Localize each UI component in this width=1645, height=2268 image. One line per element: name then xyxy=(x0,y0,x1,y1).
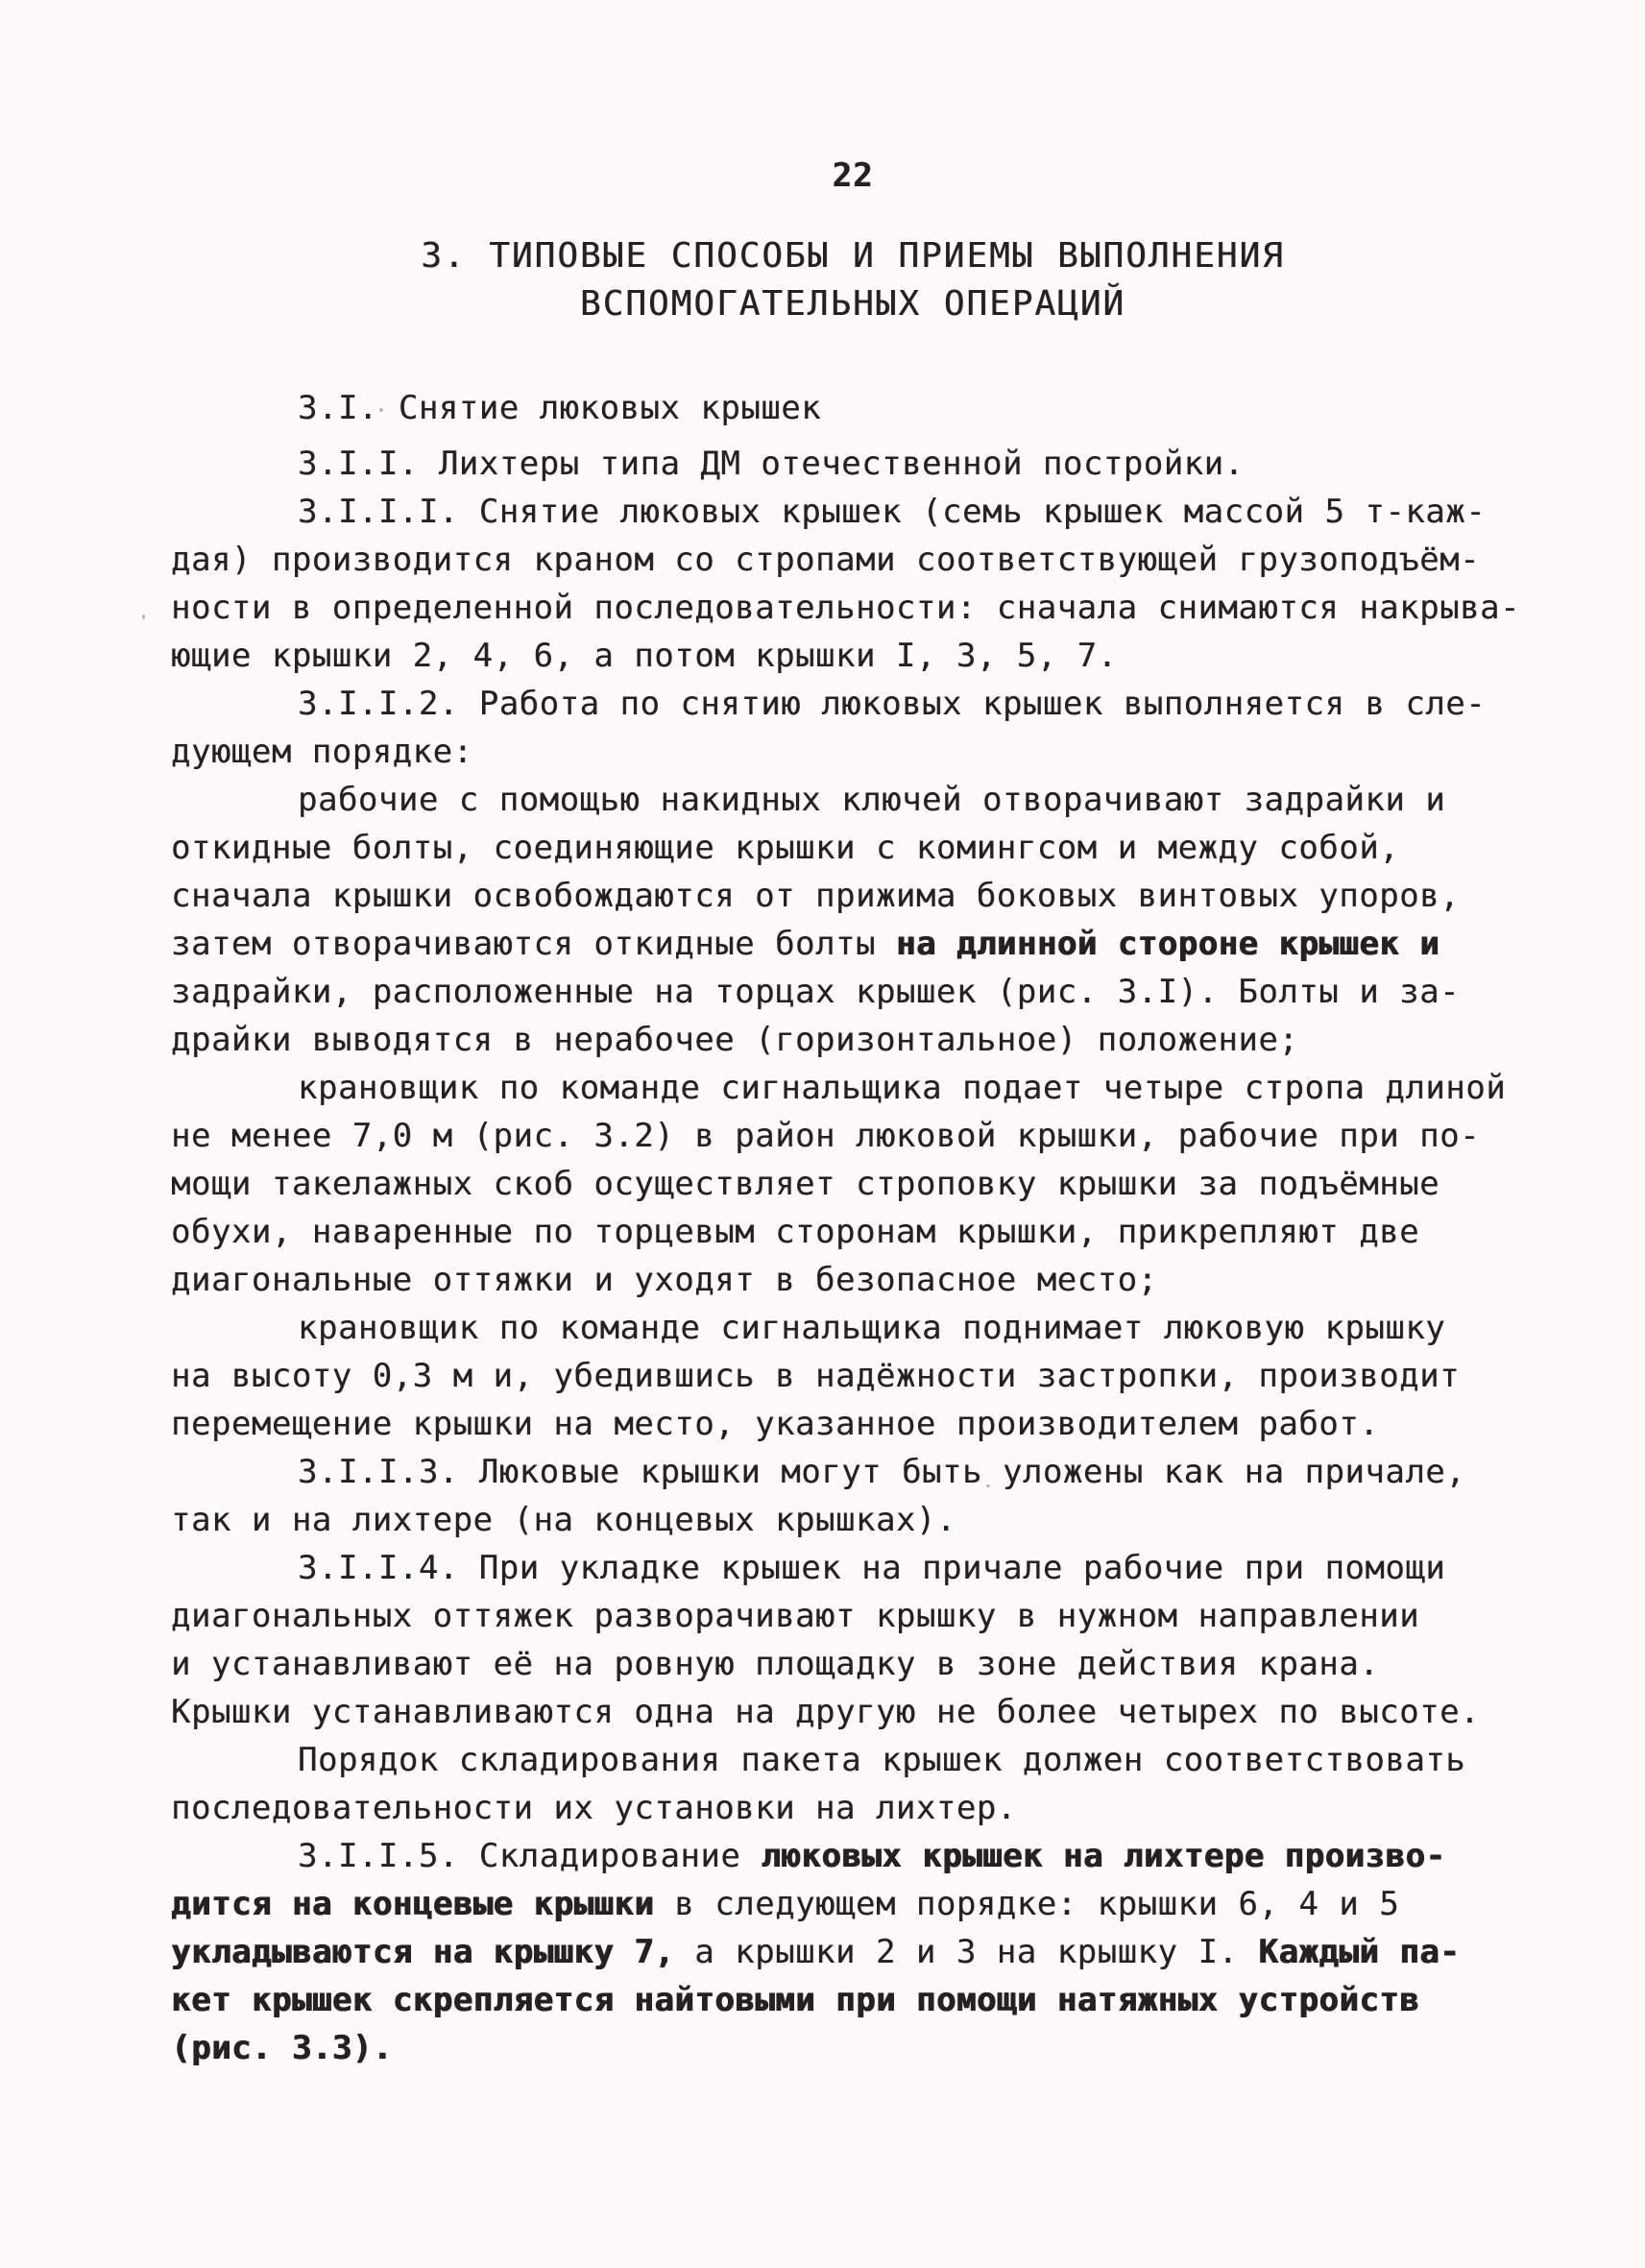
text-line: дующем порядке: xyxy=(171,728,1535,776)
text-segment-bold: на лихтере произво- xyxy=(1043,1837,1445,1875)
text-segment: рабочие с помощью накидных ключей отвора… xyxy=(298,781,1445,819)
text-line: и устанавливают её на ровную площадку в … xyxy=(171,1640,1535,1688)
chapter-title: 3. ТИПОВЫЕ СПОСОБЫ И ПРИЕМЫ ВЫПОЛНЕНИЯ В… xyxy=(171,232,1535,328)
text-segment: 3.I.I.2. Работа по снятию люковых крышек… xyxy=(298,685,1486,723)
text-segment: а крышки 2 и 3 на крышку I. xyxy=(674,1933,1258,1971)
text-line: не менее 7,0 м (рис. 3.2) в район люково… xyxy=(171,1112,1535,1160)
text-segment: 3.I.I.4. При укладке крышек на причале р… xyxy=(298,1549,1445,1587)
text-line: дится на концевые крышки в следующем пор… xyxy=(171,1880,1535,1928)
scan-speck xyxy=(142,615,145,619)
text-line: затем отворачиваются откидные болты на д… xyxy=(171,920,1535,968)
scanned-document-page: 22 3. ТИПОВЫЕ СПОСОБЫ И ПРИЕМЫ ВЫПОЛНЕНИ… xyxy=(0,0,1645,2268)
text-line: ности в определенной последовательности:… xyxy=(171,584,1535,632)
chapter-title-line1: 3. ТИПОВЫЕ СПОСОБЫ И ПРИЕМЫ ВЫПОЛНЕНИЯ xyxy=(171,232,1535,280)
text-segment: мощи такелажных скоб осуществляет стропо… xyxy=(171,1165,1439,1203)
text-line: (рис. 3.3). xyxy=(171,2024,1535,2072)
text-segment-bold: Каждый па- xyxy=(1258,1933,1460,1971)
text-segment: драйки выводятся в нерабочее (горизонтал… xyxy=(171,1021,1298,1059)
text-line: задрайки, расположенные на торцах крышек… xyxy=(171,968,1535,1016)
text-line: дая) производится краном со стропами соо… xyxy=(171,536,1535,584)
scan-speck xyxy=(379,408,383,412)
text-segment-bold: (рис. 3.3). xyxy=(171,2029,393,2067)
text-line: диагональных оттяжек разворачивают крышк… xyxy=(171,1592,1535,1640)
text-line: 3.I.I.4. При укладке крышек на причале р… xyxy=(171,1544,1535,1592)
text-line: 3.I.I.I. Снятие люковых крышек (семь кры… xyxy=(171,488,1535,536)
text-segment: и устанавливают её на ровную площадку в … xyxy=(171,1645,1379,1683)
text-segment: дующем порядке: xyxy=(171,733,473,771)
text-segment: на высоту 0,3 м и, убедившись в надёжнос… xyxy=(171,1357,1460,1395)
text-segment: обухи, наваренные по торцевым сторонам к… xyxy=(171,1213,1419,1251)
chapter-title-line2: ВСПОМОГАТЕЛЬНЫХ ОПЕРАЦИЙ xyxy=(171,280,1535,328)
text-segment: сначала крышки освобождаются от прижима … xyxy=(171,877,1460,915)
text-segment: 3.I.I.3. Люковые крышки могут быть уложе… xyxy=(298,1453,1465,1491)
text-line: ющие крышки 2, 4, 6, а потом крышки I, 3… xyxy=(171,632,1535,680)
text-line: 3.I.I.5. Складирование люковых крышек на… xyxy=(171,1832,1535,1880)
page-number: 22 xyxy=(171,152,1535,200)
text-segment: крановщик по команде сигнальщика подает … xyxy=(298,1069,1506,1107)
text-line: Крышки устанавливаются одна на другую не… xyxy=(171,1688,1535,1736)
text-line: 3.I.I.2. Работа по снятию люковых крышек… xyxy=(171,680,1535,728)
text-segment: затем отворачиваются откидные болты xyxy=(171,925,896,963)
text-segment: последовательности их установки на лихте… xyxy=(171,1789,1017,1827)
text-line: так и на лихтере (на концевых крышках). xyxy=(171,1496,1535,1544)
text-segment-bold: кет крышек скрепляется найтовыми при пом… xyxy=(171,1981,1419,2019)
text-line: рабочие с помощью накидных ключей отвора… xyxy=(171,776,1535,824)
text-line: перемещение крышки на место, указанное п… xyxy=(171,1400,1535,1448)
text-segment: диагональных оттяжек разворачивают крышк… xyxy=(171,1597,1419,1635)
text-segment: крановщик по команде сигнальщика поднима… xyxy=(298,1309,1445,1347)
text-segment: ности в определенной последовательности:… xyxy=(171,589,1520,627)
text-line: диагональные оттяжки и уходят в безопасн… xyxy=(171,1256,1535,1304)
text-segment: диагональные оттяжки и уходят в безопасн… xyxy=(171,1261,1158,1299)
text-segment-bold: на длинной стороне крышек и xyxy=(896,925,1439,963)
text-segment-bold: дится на концевые крышки xyxy=(171,1885,654,1923)
text-line: сначала крышки освобождаются от прижима … xyxy=(171,872,1535,920)
text-line: Порядок складирования пакета крышек долж… xyxy=(171,1736,1535,1784)
text-segment: ющие крышки 2, 4, 6, а потом крышки I, 3… xyxy=(171,637,1118,675)
text-line: крановщик по команде сигнальщика подает … xyxy=(171,1064,1535,1112)
text-segment-bold: укладываются на крышку 7, xyxy=(171,1933,674,1971)
text-segment: задрайки, расположенные на торцах крышек… xyxy=(171,973,1460,1011)
text-segment: 3.I.I. Лихтеры типа ДМ отечественной пос… xyxy=(298,445,1245,483)
text-line: 3.I.I.3. Люковые крышки могут быть уложе… xyxy=(171,1448,1535,1496)
text-line: обухи, наваренные по торцевым сторонам к… xyxy=(171,1208,1535,1256)
section-heading: 3.I. Снятие люковых крышек xyxy=(171,384,1535,432)
text-segment: 3.I.I.I. Снятие люковых крышек (семь кры… xyxy=(298,493,1486,531)
scan-speck xyxy=(986,1484,990,1487)
text-line: мощи такелажных скоб осуществляет стропо… xyxy=(171,1160,1535,1208)
text-line: крановщик по команде сигнальщика поднима… xyxy=(171,1304,1535,1352)
text-segment: откидные болты, соединяющие крышки с ком… xyxy=(171,829,1399,867)
text-line: 3.I.I. Лихтеры типа ДМ отечественной пос… xyxy=(171,440,1535,488)
text-segment: не менее 7,0 м (рис. 3.2) в район люково… xyxy=(171,1117,1480,1155)
text-line: откидные болты, соединяющие крышки с ком… xyxy=(171,824,1535,872)
text-line: на высоту 0,3 м и, убедившись в надёжнос… xyxy=(171,1352,1535,1400)
text-segment: перемещение крышки на место, указанное п… xyxy=(171,1405,1379,1443)
text-segment: дая) производится краном со стропами соо… xyxy=(171,541,1480,579)
text-segment: так и на лихтере (на концевых крышках). xyxy=(171,1501,956,1539)
text-segment: Крышки устанавливаются одна на другую не… xyxy=(171,1693,1480,1731)
text-segment: 3.I.I.5. Складирование xyxy=(298,1837,761,1875)
text-segment: Порядок складирования пакета крышек долж… xyxy=(298,1741,1465,1779)
text-line: последовательности их установки на лихте… xyxy=(171,1784,1535,1832)
document-body: 3.I.I. Лихтеры типа ДМ отечественной пос… xyxy=(171,440,1535,2072)
text-segment: в следующем порядке: крышки 6, 4 и 5 xyxy=(654,1885,1399,1923)
text-line: кет крышек скрепляется найтовыми при пом… xyxy=(171,1976,1535,2024)
text-segment-bold: люковых крышек xyxy=(761,1837,1043,1875)
text-line: укладываются на крышку 7, а крышки 2 и 3… xyxy=(171,1928,1535,1976)
text-line: драйки выводятся в нерабочее (горизонтал… xyxy=(171,1016,1535,1064)
